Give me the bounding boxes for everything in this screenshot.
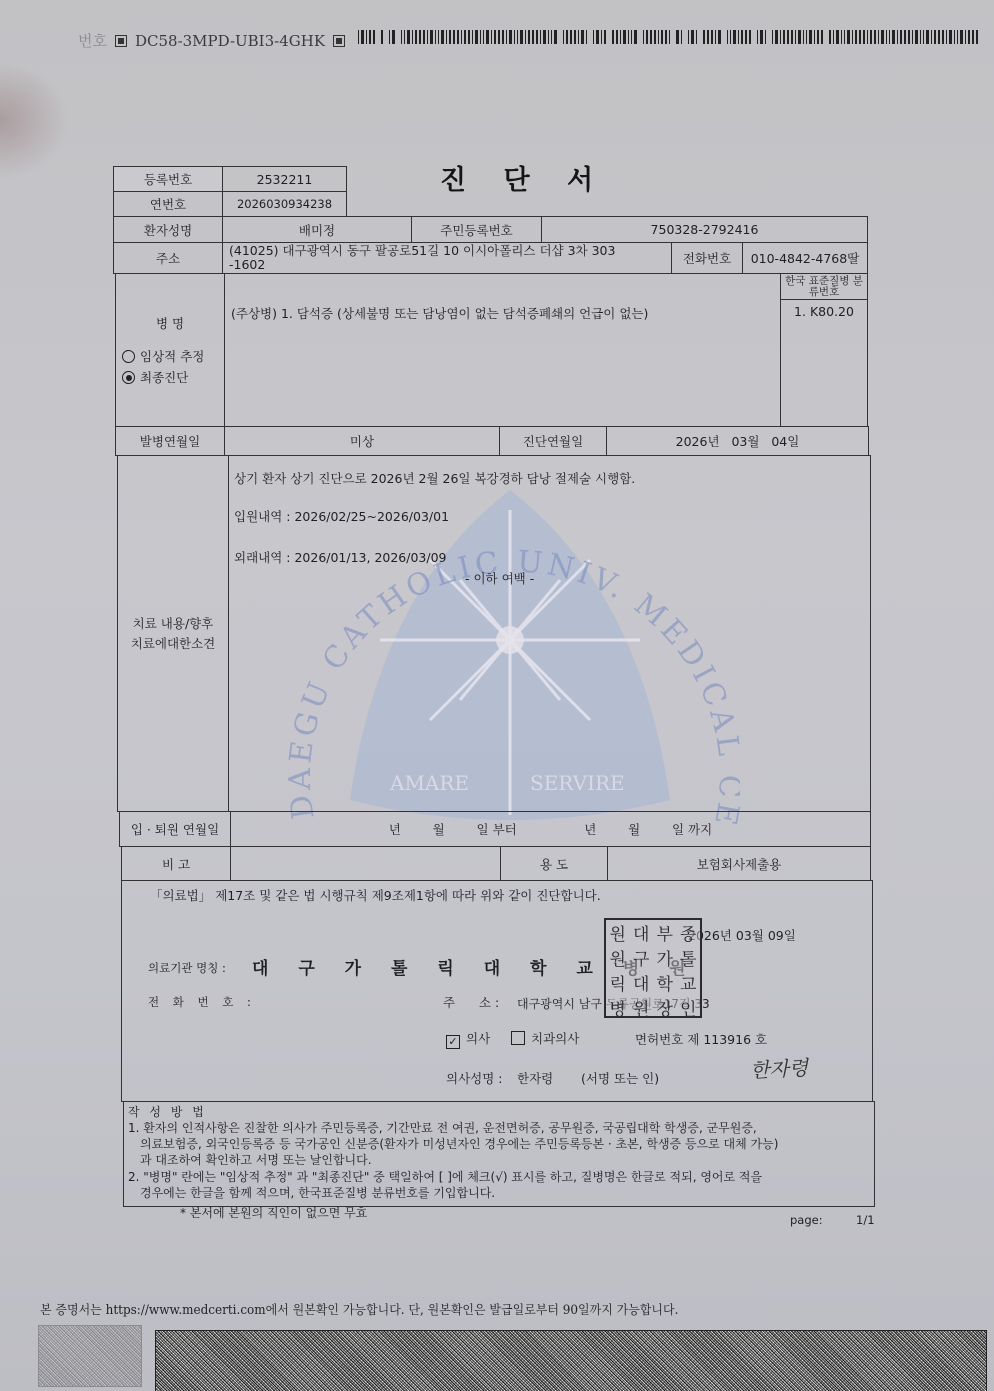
seal-char: 원	[606, 945, 630, 970]
page-title: 진 단 서	[440, 158, 607, 197]
number-label: 번호	[78, 30, 107, 51]
option-final-diagnosis[interactable]: 최종진단	[122, 368, 188, 386]
radio-final-diagnosis[interactable]	[122, 371, 135, 384]
serial-label: 연번호	[113, 191, 223, 217]
remarks-value	[230, 846, 501, 881]
seal-char: 구	[630, 945, 654, 970]
doctor-type-doctor[interactable]: ✓의사	[446, 1029, 490, 1049]
seal-char: 병	[606, 995, 630, 1020]
legal-statement: 「의료법」 제17조 및 같은 법 시행규칙 제9조제1항에 따라 위와 같이 …	[150, 886, 601, 904]
patient-name: 배미정	[222, 216, 412, 243]
square-marker-icon	[333, 35, 345, 47]
seal-char: 가	[653, 945, 677, 970]
phone-label: 전화번호	[671, 242, 743, 274]
seal-char: 톨	[677, 945, 701, 970]
registration-label: 등록번호	[113, 166, 223, 192]
barcode	[358, 30, 978, 44]
seal-char: 인	[677, 995, 701, 1020]
2d-barcode	[155, 1330, 987, 1391]
address-value: (41025) 대구광역시 동구 팔공로51길 10 이시아폴리스 더샵 3차 …	[222, 242, 672, 274]
verification-notice: 본 증명서는 https://www.medcerti.com에서 원본확인 가…	[40, 1301, 678, 1319]
signature-note: (서명 또는 인)	[581, 1069, 659, 1087]
checkbox-checked-icon[interactable]: ✓	[446, 1035, 460, 1049]
page-label: page:	[790, 1213, 823, 1227]
square-marker-icon	[115, 35, 127, 47]
disease-code: 1. K80.20	[780, 299, 868, 427]
instruction-1-line3: 과 대조하여 확인하고 서명 또는 날인합니다.	[140, 1151, 372, 1168]
address-label: 주소	[113, 242, 223, 274]
hospital-seal: 원대부종원구가톨릭대학교병원장인	[604, 918, 702, 1018]
patient-name-label: 환자성명	[113, 216, 223, 243]
seal-char: 교	[677, 970, 701, 995]
onset-label: 발병연월일	[115, 426, 225, 456]
document-number: DC58-3MPD-UBI3-4GHK	[135, 32, 325, 50]
seal-char: 원	[606, 920, 630, 945]
diagnosis-date: 2026년 03월 04일	[606, 426, 869, 456]
treatment-label-line2: 치료에대한소견	[131, 634, 216, 654]
treatment-label: 치료 내용/향후 치료에대한소견	[117, 455, 229, 812]
outpatient-history: 외래내역 : 2026/01/13, 2026/03/09	[234, 548, 447, 566]
option-label: 임상적 추정	[140, 349, 204, 364]
seal-char: 원	[630, 995, 654, 1020]
instruction-1-line1: 1. 환자의 인적사항은 진찰한 의사가 주민등록증, 기간만료 전 여권, 운…	[128, 1119, 757, 1136]
option-clinical-estimate[interactable]: 임상적 추정	[122, 347, 204, 365]
purpose-value: 보험회사제출용	[607, 846, 871, 881]
license-number: 면허번호 제 113916 호	[635, 1030, 767, 1048]
treatment-label-line1: 치료 내용/향후	[133, 614, 214, 634]
seal-char: 장	[653, 995, 677, 1020]
checkbox-unchecked-icon[interactable]	[511, 1031, 525, 1045]
seal-char: 학	[653, 970, 677, 995]
registration-value: 2532211	[222, 166, 347, 192]
serial-value: 2026030934238	[222, 191, 347, 217]
doctor-signature: 한자령	[749, 1052, 808, 1084]
seal-char: 대	[630, 970, 654, 995]
issue-date: 2026년 03월 09일	[688, 926, 796, 944]
doctor-type-dentist[interactable]: 치과의사	[511, 1029, 579, 1047]
instruction-1-line2: 의료보험증, 외국인등록증 등 국가공인 신분증(환자가 미성년자인 경우에는 …	[140, 1135, 778, 1152]
remarks-label: 비 고	[121, 846, 231, 881]
radio-clinical-estimate[interactable]	[122, 350, 135, 363]
instruction-2-line1: 2. "병명" 란에는 "임상적 추정" 과 "최종진단" 중 택일하여 [ ]…	[128, 1168, 762, 1185]
institution-phone-label: 전 화 번 호 :	[148, 994, 256, 1010]
purpose-label: 용 도	[500, 846, 608, 881]
instruction-2-line2: 경우에는 한글을 함께 적으며, 한국표준질병 분류번호를 기입합니다.	[140, 1184, 495, 1201]
phone-value: 010-4842-4768딸	[742, 242, 868, 274]
document-number-header: 번호 DC58-3MPD-UBI3-4GHK	[78, 30, 345, 51]
seal-char: 부	[653, 920, 677, 945]
diagnosis-date-label: 진단연월일	[499, 426, 607, 456]
doctor-type-label: 의사	[466, 1031, 490, 1046]
code-header: 한국 표준질병 분류번호	[780, 273, 868, 300]
page-number: 1/1	[856, 1213, 875, 1227]
verification-stamp-box	[38, 1325, 142, 1387]
admission-dates: 년 월 일 부터 년 월 일 까지	[230, 811, 871, 847]
seal-char: 릭	[606, 970, 630, 995]
blank-note: - 이하 여백 -	[465, 569, 534, 587]
option-label: 최종진단	[140, 370, 188, 385]
doctor-name-label: 의사성명 :	[446, 1069, 503, 1087]
diagnosis-text: (주상병) 1. 담석증 (상세불명 또는 담낭염이 없는 담석증폐쇄의 언급이…	[224, 273, 781, 427]
seal-char: 종	[677, 920, 701, 945]
institution-name-label: 의료기관 명칭 :	[148, 960, 226, 976]
diagnosis-label: 병 명	[116, 314, 224, 332]
institution-address-label: 주 소 :	[443, 993, 499, 1011]
admission-history: 입원내역 : 2026/02/25~2026/03/01	[234, 507, 449, 525]
instructions-title: 작 성 방 법	[128, 1103, 207, 1120]
onset-value: 미상	[224, 426, 500, 456]
admission-label: 입 · 퇴원 연월일	[119, 811, 231, 847]
diagnosis-label-cell: 병 명 임상적 추정 최종진단	[115, 273, 225, 427]
rrn-value: 750328-2792416	[541, 216, 868, 243]
address-line2: -1602	[229, 258, 265, 272]
photo-shadow	[0, 60, 70, 180]
seal-char: 대	[630, 920, 654, 945]
address-line1: (41025) 대구광역시 동구 팔공로51길 10 이시아폴리스 더샵 3차 …	[229, 244, 615, 258]
treatment-line1: 상기 환자 상기 진단으로 2026년 2월 26일 복강경하 담낭 절제술 시…	[234, 469, 635, 487]
doctor-name: 한자령	[517, 1069, 553, 1087]
validity-note: * 본서에 본원의 직인이 없으면 무효	[180, 1204, 367, 1221]
rrn-label: 주민등록번호	[411, 216, 542, 243]
doctor-type-label: 치과의사	[531, 1031, 579, 1046]
